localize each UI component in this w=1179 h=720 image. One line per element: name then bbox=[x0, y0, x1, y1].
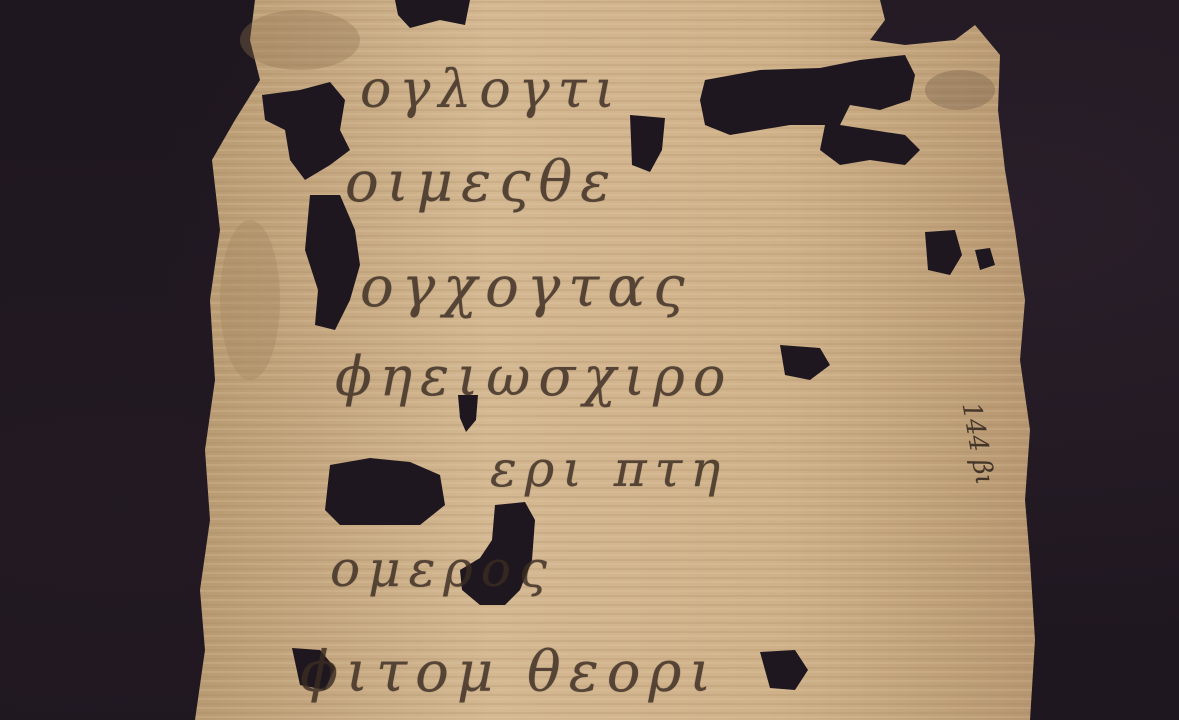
text-line-4: ϕηειωσχιρο bbox=[335, 345, 733, 408]
text-line-7: ϕιτομ θεορι bbox=[300, 640, 719, 705]
photo-stage: ογλογτι οιμεςθε ογχογτας ϕηειωσχιρο ερι … bbox=[0, 0, 1179, 720]
text-line-2: οιμεςθε bbox=[345, 150, 618, 215]
text-line-5: ερι πτη bbox=[490, 440, 728, 498]
text-line-1: ογλογτι bbox=[360, 60, 623, 120]
text-line-3: ογχογτας bbox=[360, 255, 692, 320]
text-line-6: ομερος bbox=[330, 540, 555, 598]
